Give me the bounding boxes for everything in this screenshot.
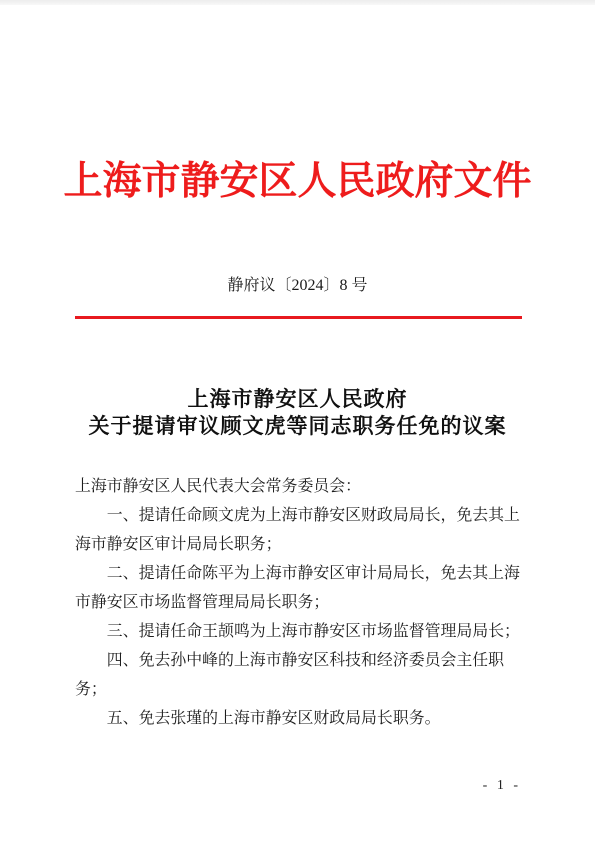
salutation-line: 上海市静安区人民代表大会常务委员会： [75,472,522,501]
document-body: 上海市静安区人民代表大会常务委员会： 一、提请任命顾文虎为上海市静安区财政局局长… [75,472,522,733]
body-line: 海市静安区审计局局长职务； [75,530,522,559]
body-line: 三、提请任命王颉鸣为上海市静安区市场监督管理局局长； [75,617,522,646]
body-lines: 一、提请任命顾文虎为上海市静安区财政局局长，免去其上海市静安区审计局局长职务；二… [75,501,522,733]
body-line: 四、免去孙中峰的上海市静安区科技和经济委员会主任职 [75,646,522,675]
body-line: 二、提请任命陈平为上海市静安区审计局局长，免去其上海 [75,559,522,588]
document-page: 上海市静安区人民政府文件 静府议〔2024〕8 号 上海市静安区人民政府 关于提… [0,0,595,842]
page-number: - 1 - [483,778,521,794]
document-number: 静府议〔2024〕8 号 [0,272,595,295]
document-title-line2: 关于提请审议顾文虎等同志职务任免的议案 [0,413,595,440]
document-title: 上海市静安区人民政府 关于提请审议顾文虎等同志职务任免的议案 [0,386,595,440]
body-line: 市静安区市场监督管理局局长职务； [75,588,522,617]
body-line: 一、提请任命顾文虎为上海市静安区财政局局长，免去其上 [75,501,522,530]
scan-edge-band [0,0,595,5]
document-masthead: 上海市静安区人民政府文件 [0,150,595,206]
body-line: 务； [75,675,522,704]
document-title-line1: 上海市静安区人民政府 [0,386,595,413]
red-divider-line [75,316,522,319]
body-line: 五、免去张瑾的上海市静安区财政局局长职务。 [75,704,522,733]
